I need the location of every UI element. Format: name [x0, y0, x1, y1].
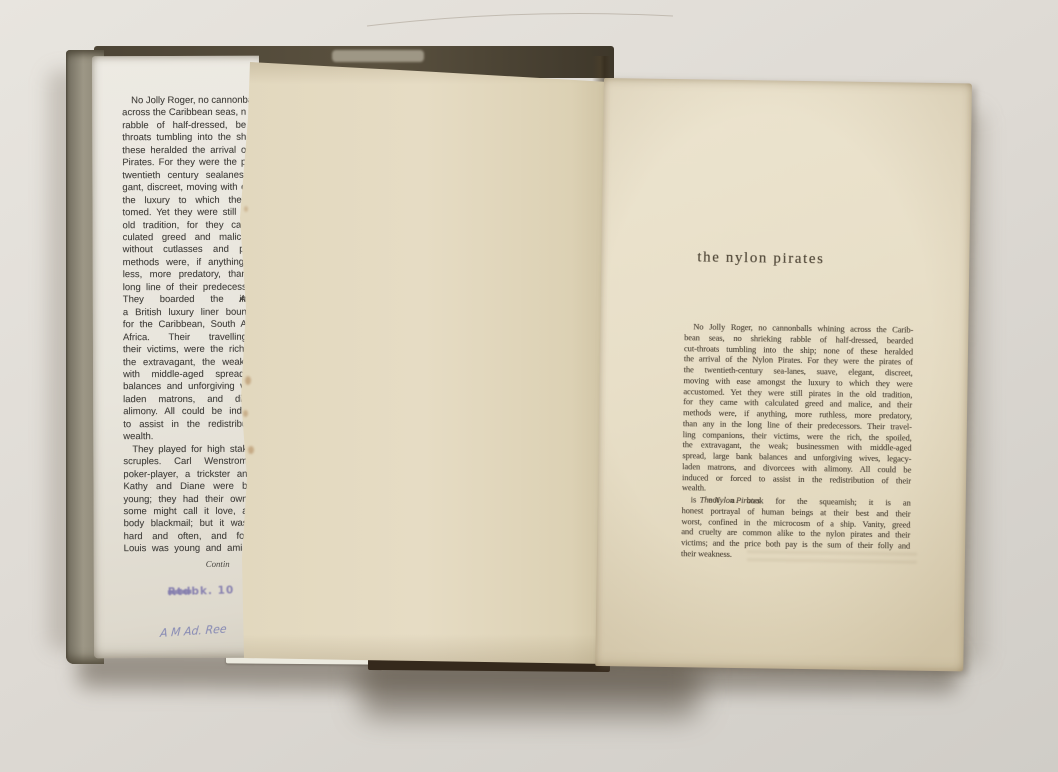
- flap-text-line: some might call it love, a: [124, 506, 248, 519]
- page-title: the nylon pirates: [697, 249, 877, 269]
- flap-text-line: rabble of half-dressed, be: [122, 120, 246, 133]
- flap-text-line: Africa. Their travelling: [123, 331, 247, 344]
- foxing-spot: [245, 376, 251, 385]
- flap-text-line: without cutlasses and pi: [123, 244, 247, 257]
- front-endpaper: [236, 58, 608, 664]
- book-photograph: No Jolly Roger, no cannonbaacross the Ca…: [0, 0, 1058, 772]
- flap-text-line: for the Caribbean, South A: [123, 319, 247, 332]
- flap-text-line: throats tumbling into the sh: [122, 132, 246, 145]
- flap-text-line: No Jolly Roger, no cannonba: [122, 95, 246, 108]
- flap-text-line: poker-player, a trickster an: [123, 468, 247, 481]
- flap-text-line: scruples. Carl Wenstrom: [123, 456, 247, 469]
- half-title-page: the nylon pirates No Jolly Roger, no can…: [595, 78, 972, 671]
- flap-text-line: wealth.: [123, 431, 247, 444]
- flap-text-line: old tradition, for they can: [123, 219, 247, 232]
- flap-text-line: long line of their predecess: [123, 282, 247, 295]
- show-through-smudge: [747, 550, 917, 569]
- foxing-spot: [248, 446, 254, 454]
- flap-text-line: these heralded the arrival o: [122, 145, 246, 158]
- flap-text-line: body blackmail; but it was: [124, 518, 248, 531]
- flap-text-line: tomed. Yet they were still p: [122, 207, 246, 220]
- flap-text-line: culated greed and malice: [123, 232, 247, 245]
- flap-text-line: They boarded the Alcestis in: [123, 294, 247, 307]
- flap-text-line: their victims, were the rich,: [123, 344, 247, 357]
- flap-text-line: young; they had their own: [123, 493, 247, 506]
- flap-text-line: the luxury to which they: [122, 194, 246, 207]
- flap-text-line: less, more predatory, than: [123, 269, 247, 282]
- flap-text-line: across the Caribbean seas, n: [122, 107, 246, 120]
- flap-text-line: Kathy and Diane were b: [123, 481, 247, 494]
- stamp-text: bk. 10: [191, 584, 234, 597]
- flap-text-line: with middle-aged spread,: [123, 369, 247, 382]
- foxing-spot: [243, 410, 248, 417]
- flap-text-line: to assist in the redistribu: [123, 419, 247, 432]
- flap-text-line: They played for high stak: [123, 443, 247, 456]
- blurb-text: No Jolly Roger, no cannonballs whining a…: [681, 321, 913, 562]
- flap-text-line: gant, discreet, moving with e: [122, 182, 246, 195]
- stamp-crossed-text: Rtd: [168, 586, 192, 599]
- flap-text-line: laden matrons, and div: [123, 394, 247, 407]
- flap-text-line: the extravagant, the weak;: [123, 356, 247, 369]
- dust-jacket-flap: No Jolly Roger, no cannonbaacross the Ca…: [92, 56, 261, 659]
- cover-edge-sheen: [332, 50, 424, 62]
- flap-text-line: hard and often, and for: [124, 531, 248, 544]
- blurb-paragraph-1: No Jolly Roger, no cannonballs whining a…: [682, 321, 914, 496]
- surface-scratch-mark: [355, 4, 685, 38]
- flap-text-line: methods were, if anything,: [123, 257, 247, 270]
- flap-text-line: Louis was young and amia: [124, 543, 248, 556]
- flap-blurb: No Jolly Roger, no cannonbaacross the Ca…: [122, 95, 248, 565]
- flap-text-line: a British luxury liner boun: [123, 306, 247, 319]
- foxing-spot: [244, 206, 248, 212]
- flap-text-line: alimony. All could be indu: [123, 406, 247, 419]
- flap-text-line: balances and unforgiving w: [123, 381, 247, 394]
- flap-text-line: Pirates. For they were the p: [122, 157, 246, 170]
- flap-text-line: twentieth century sealanes,: [122, 169, 246, 182]
